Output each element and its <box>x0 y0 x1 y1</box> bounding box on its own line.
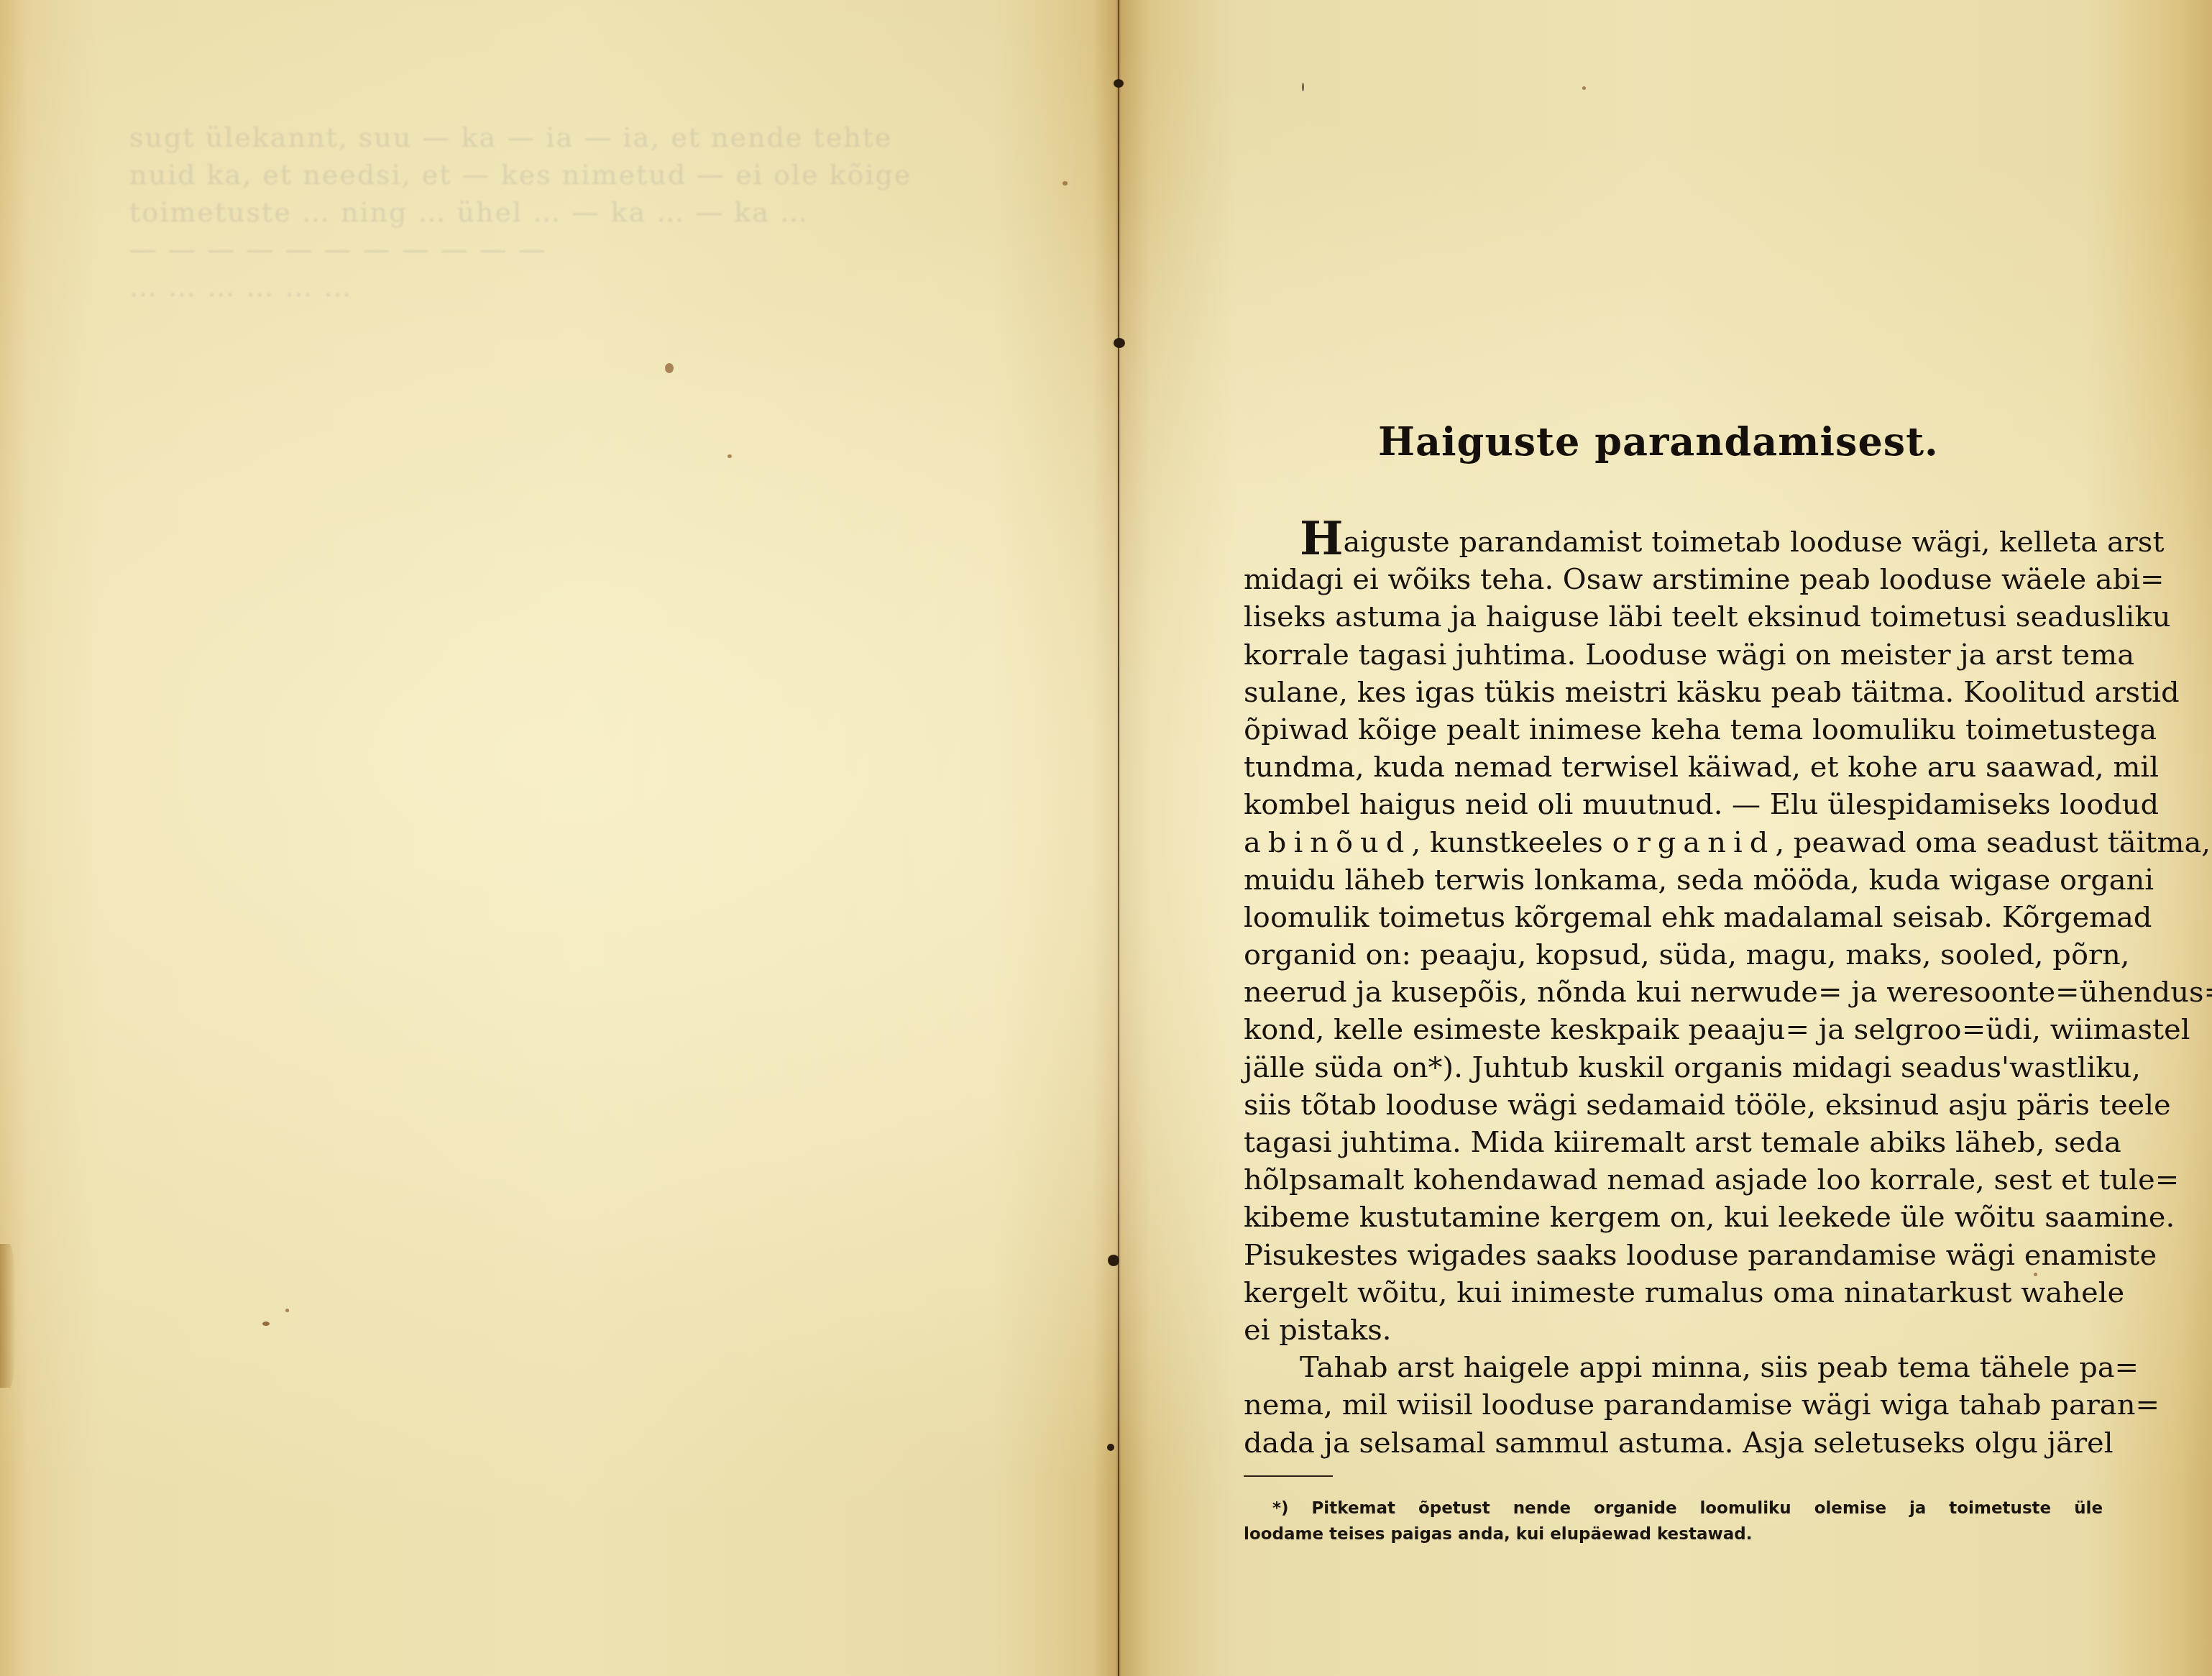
showthrough-line: — — — — — — — — — — — <box>129 231 1057 268</box>
showthrough-line: toimetuste … ning … ühel … — ka … — ka … <box>129 193 1057 231</box>
text-line: neerud ja kusepõis, nõnda kui nerwude= j… <box>1244 974 2103 1011</box>
drop-cap: H <box>1300 512 1343 566</box>
text-fragment: , peawad oma seadust täitma, <box>1775 826 2211 859</box>
text-line: õpiwad kõige pealt inimese keha tema loo… <box>1244 711 2103 748</box>
body-text: Haiguste parandamist toimetab looduse wä… <box>1244 523 2103 1462</box>
text-line: kombel haigus neid oli muutnud. — Elu ül… <box>1244 786 2103 823</box>
text-line: kond, kelle esimeste keskpaik peaaju= ja… <box>1244 1011 2103 1048</box>
text-line: muidu läheb terwis lonkama, seda mööda, … <box>1244 861 2103 899</box>
showthrough-line: sugt ülekannt, suu — ka — ia — ia, et ne… <box>129 119 1057 156</box>
text-line: siis tõtab looduse wägi sedamaid tööle, … <box>1244 1086 2103 1124</box>
footnote-line: *) Pitkemat õpetust nende organide loomu… <box>1244 1496 2103 1521</box>
text-line: abinõud, kunstkeeles organid, peawad oma… <box>1244 824 2103 861</box>
text-line: midagi ei wõiks teha. Osaw arstimine pea… <box>1244 561 2103 598</box>
text-fragment: , kunstkeeles <box>1411 826 1612 859</box>
chapter-title: Haiguste parandamisest. <box>1227 418 2090 464</box>
text-line: sulane, kes igas tükis meistri käsku pea… <box>1244 674 2103 711</box>
showthrough-line: nuid ka, et needsi, et — kes nimetud — e… <box>129 156 1057 193</box>
text-line: jälle süda on*). Juhtub kuskil organis m… <box>1244 1049 2103 1086</box>
text-line: dada ja selsamal sammul astuma. Asja sel… <box>1244 1424 2103 1462</box>
footnote: *) Pitkemat õpetust nende organide loomu… <box>1244 1496 2103 1547</box>
text-line: organid on: peaaju, kopsud, süda, magu, … <box>1244 936 2103 974</box>
text-line: hõlpsamalt kohendawad nemad asjade loo k… <box>1244 1161 2103 1199</box>
reverse-side-showthrough: sugt ülekannt, suu — ka — ia — ia, et ne… <box>129 119 1057 306</box>
spaced-emphasis: organid <box>1612 826 1776 859</box>
text-line: loomulik toimetus kõrgemal ehk madalamal… <box>1244 899 2103 936</box>
text-line: Pisukestes wigades saaks looduse paranda… <box>1244 1237 2103 1274</box>
book-spread: sugt ülekannt, suu — ka — ia — ia, et ne… <box>0 0 2212 1676</box>
text-line: ei pistaks. <box>1244 1311 2103 1349</box>
footnote-divider <box>1244 1475 1333 1477</box>
text-line: nema, mil wiisil looduse parandamise wäg… <box>1244 1386 2103 1424</box>
text-line: korrale tagasi juhtima. Looduse wägi on … <box>1244 636 2103 674</box>
text-line: tundma, kuda nemad terwisel käiwad, et k… <box>1244 748 2103 786</box>
text-line-content: aiguste parandamist toimetab looduse wäg… <box>1343 526 2164 559</box>
text-line: Tahab arst haigele appi minna, siis peab… <box>1244 1349 2103 1386</box>
spaced-emphasis: abinõud <box>1244 826 1411 859</box>
text-line: kibeme kustutamine kergem on, kui leeked… <box>1244 1199 2103 1236</box>
text-line: kergelt wõitu, kui inimeste rumalus oma … <box>1244 1274 2103 1311</box>
footnote-line: loodame teises paigas anda, kui elupäewa… <box>1244 1521 2103 1547</box>
right-page: Haiguste parandamisest. Haiguste paranda… <box>1119 0 2212 1676</box>
text-line: liseks astuma ja haiguse läbi teelt eksi… <box>1244 598 2103 636</box>
text-line: Haiguste parandamist toimetab looduse wä… <box>1244 523 2103 561</box>
left-page: sugt ülekannt, suu — ka — ia — ia, et ne… <box>0 0 1119 1676</box>
showthrough-line: … … … … … … <box>129 268 1057 306</box>
text-line: tagasi juhtima. Mida kiiremalt arst tema… <box>1244 1124 2103 1161</box>
